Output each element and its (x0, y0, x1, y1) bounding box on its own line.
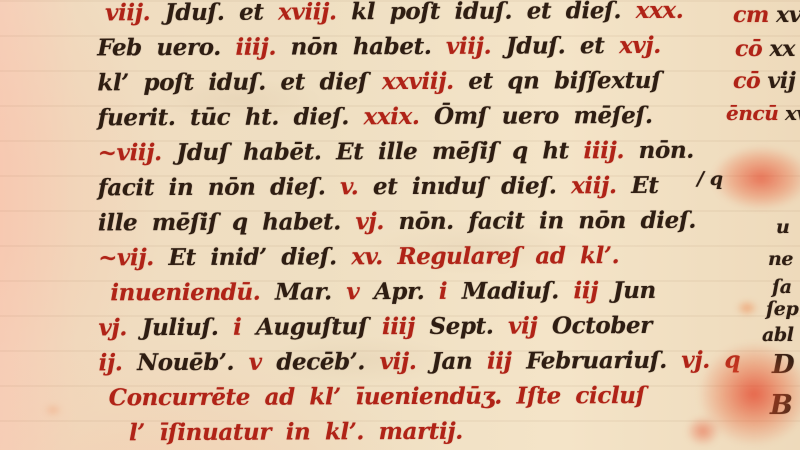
text-segment: iiij. (583, 137, 624, 164)
text-segment: Jan (431, 348, 472, 375)
text-segment: ij. (99, 349, 123, 376)
text-line: ~vij. Et inid’ dieſ. xv. Regulareſ ad kl… (98, 238, 718, 276)
text-segment: Jun (613, 277, 656, 304)
text-segment: xv. (351, 243, 383, 270)
margin-note: ſa (772, 276, 792, 298)
text-segment: xv (785, 101, 800, 125)
text-line: fuerit. tūc ht. dieſ. xxix. Ōmſ uero mēſ… (97, 98, 717, 136)
red-stain (745, 14, 759, 24)
text-line: Feb uero. iiij. nōn habet. viij. Jduſ. e… (97, 28, 717, 66)
text-line: vj. Juliuſ. i Auguſtuſ iiij Sept. vij Oc… (98, 308, 718, 346)
margin-note: cm xv (733, 2, 800, 28)
text-segment: Apr. (374, 278, 424, 305)
text-segment: et qn biſſextuſ (468, 67, 660, 95)
margin-note: cō vij (733, 68, 795, 94)
text-segment: kl poſt iduſ. et dieſ. (351, 0, 621, 25)
manuscript-page: viij. Jduſ. et xviij. kl poſt iduſ. et d… (0, 0, 800, 450)
text-segment: viij. (105, 0, 150, 26)
text-segment: Jduſ. et (165, 0, 264, 26)
margin-note: abl (762, 324, 794, 346)
text-segment: Nouēb’. (137, 349, 234, 376)
text-segment: nōn. (639, 137, 694, 164)
text-segment: Jduſ. et (506, 32, 605, 59)
margin-note: u (776, 216, 789, 238)
text-segment: abl (762, 324, 794, 346)
text-segment: ~viij. (98, 139, 162, 166)
text-segment: v (249, 349, 262, 376)
text-segment: ſep (766, 298, 798, 320)
text-segment: ēncū (726, 101, 778, 125)
text-segment: l’ īſinuatur in kl’. martij. (129, 418, 463, 446)
text-line: ij. Nouēb’. v decēb’. vij. Jan iij Febru… (99, 343, 719, 381)
text-segment: Februariuſ. (526, 347, 667, 375)
text-segment: xiij. (571, 172, 617, 199)
text-segment: Mar. (275, 278, 332, 305)
text-line: kl’ poſt iduſ. et dieſ xxviij. et qn biſ… (97, 63, 717, 101)
text-segment: nōn. facit in nōn dieſ. (398, 207, 696, 235)
text-segment: xvj. (619, 32, 661, 59)
text-segment: Et inid’ dieſ. (168, 243, 336, 271)
margin-note: cō xx (735, 36, 795, 62)
text-line: Concurrēte ad kl’ īueniendūʒ. Iſte ciclu… (99, 378, 719, 416)
text-segment: viij. (446, 33, 491, 60)
text-segment: B (770, 390, 792, 421)
text-segment: iij (573, 277, 598, 304)
text-segment: et inıduſ dieſ. (373, 172, 557, 200)
text-segment: ~vij. (98, 244, 154, 271)
red-stain (44, 404, 62, 416)
text-segment: xx (770, 36, 795, 62)
text-block: viij. Jduſ. et xviij. kl poſt iduſ. et d… (97, 0, 719, 450)
text-line: viij. Jduſ. et xviij. kl poſt iduſ. et d… (97, 0, 717, 30)
text-segment: Regulareſ ad kl’. (397, 242, 619, 270)
text-segment: iiij. (235, 34, 276, 61)
text-segment: i (233, 314, 241, 341)
text-segment: facit in nōn dieſ. (98, 173, 326, 201)
text-segment: vj. (355, 208, 384, 235)
text-segment: v (346, 278, 359, 305)
margin-note: ne (768, 248, 793, 270)
text-segment: xv (776, 2, 800, 28)
text-segment: Ōmſ uero mēſeſ. (434, 102, 653, 130)
text-segment: xxix. (364, 103, 420, 130)
text-segment: kl’ poſt iduſ. et dieſ (97, 68, 367, 96)
text-segment: vij. (380, 348, 417, 375)
text-line: ille mēſiſ q habet. vj. nōn. facit in nō… (98, 203, 718, 241)
text-segment: October (552, 312, 652, 339)
text-segment: Jduſ habēt. Et ille mēſiſ q ht (176, 137, 569, 166)
text-segment: Madiuſ. (462, 277, 559, 304)
text-segment: cō (735, 36, 770, 62)
text-segment: ſa (772, 276, 792, 298)
text-segment: iiij (382, 313, 415, 340)
margin-note: ēncū xv (726, 101, 800, 125)
text-segment: xxx. (636, 0, 684, 24)
text-segment: xxviij. (382, 68, 454, 95)
text-segment: u (776, 216, 789, 238)
margin-note: B (770, 390, 792, 421)
text-line: inueniendū. Mar. v Apr. i Madiuſ. iij Ju… (98, 273, 718, 311)
text-segment: Feb uero. (97, 34, 221, 62)
margin-note: ſep (766, 298, 798, 320)
text-line: ~viij. Jduſ habēt. Et ille mēſiſ q ht ii… (98, 133, 718, 171)
text-segment: vj. q (681, 347, 740, 374)
text-segment: D (772, 350, 794, 380)
text-segment: nōn habet. (291, 33, 432, 61)
text-segment: ille mēſiſ q habet. (98, 208, 341, 236)
text-segment: iij (487, 348, 512, 375)
text-segment: vij (508, 312, 537, 339)
text-line: l’ īſinuatur in kl’. martij. (99, 413, 719, 450)
text-segment: xviij. (278, 0, 337, 26)
text-segment: Auguſtuſ (256, 313, 367, 340)
text-segment: Concurrēte ad kl’ īueniendūʒ. Iſte ciclu… (109, 382, 645, 411)
margin-note: D (772, 350, 794, 380)
text-segment: Sept. (429, 313, 493, 340)
red-stain (712, 146, 800, 210)
text-segment: inueniendū. (110, 279, 260, 307)
text-segment: cō (733, 68, 768, 94)
red-stain (736, 300, 758, 316)
text-segment: i (439, 278, 447, 305)
text-segment: ne (768, 248, 793, 270)
text-segment: cm (733, 2, 769, 28)
text-line: facit in nōn dieſ. v. et inıduſ dieſ. xi… (98, 168, 718, 206)
text-segment: fuerit. tūc ht. dieſ. (97, 103, 349, 131)
text-segment: Et (631, 172, 658, 199)
text-segment: Juliuſ. (142, 314, 219, 341)
text-segment: vij (768, 68, 796, 94)
text-segment: vj. (98, 314, 127, 341)
text-segment: v. (340, 173, 358, 200)
text-segment: decēb’. (276, 348, 365, 375)
